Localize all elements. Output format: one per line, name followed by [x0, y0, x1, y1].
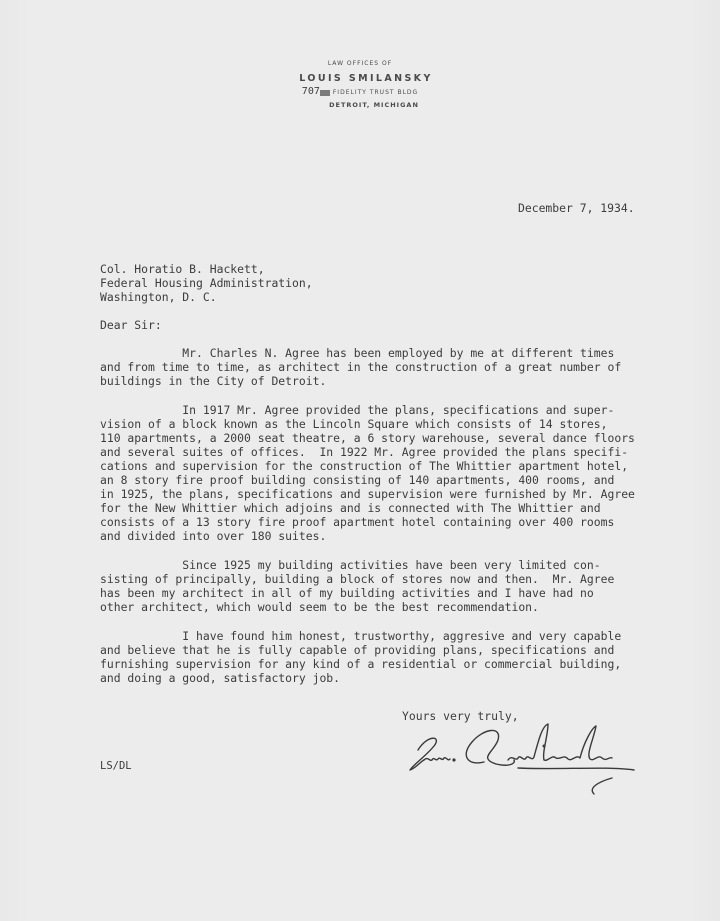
body-line: In 1917 Mr. Agree provided the plans, sp…: [100, 403, 635, 417]
letter-page: LAW OFFICES OF LOUIS SMILANSKY 707FIDELI…: [0, 0, 720, 921]
letterhead-city: DETROIT, MICHIGAN: [250, 101, 470, 109]
body-line: buildings in the City of Detroit.: [100, 374, 621, 388]
salutation: Dear Sir:: [100, 318, 162, 332]
body-line: and from time to time, as architect in t…: [100, 360, 621, 374]
letterhead-address: 707FIDELITY TRUST BLDG: [250, 88, 470, 101]
room-number: 707: [302, 86, 320, 97]
letterhead: LAW OFFICES OF LOUIS SMILANSKY 707FIDELI…: [250, 60, 470, 109]
body-line: vision of a block known as the Lincoln S…: [100, 417, 635, 431]
recipient-address: Col. Horatio B. Hackett,Federal Housing …: [100, 262, 313, 304]
body-line: Since 1925 my building activities have b…: [100, 558, 614, 572]
body-line: an 8 story fire proof building consistin…: [100, 473, 635, 487]
body-line: sisting of principally, building a block…: [100, 572, 614, 586]
letter-date: December 7, 1934.: [518, 201, 635, 215]
body-line: consists of a 13 story fire proof apartm…: [100, 515, 635, 529]
building-name: FIDELITY TRUST BLDG: [333, 89, 418, 96]
body-line: and believe that he is fully capable of …: [100, 643, 621, 657]
body-line: I have found him honest, trustworthy, ag…: [100, 629, 621, 643]
recipient-line: Col. Horatio B. Hackett,: [100, 262, 313, 276]
body-line: and divided into over 180 suites.: [100, 529, 635, 543]
paragraph-1: Mr. Charles N. Agree has been employed b…: [100, 346, 621, 388]
crossed-out-number: [320, 90, 330, 96]
body-line: and doing a good, satisfactory job.: [100, 671, 621, 685]
typist-initials: LS/DL: [100, 759, 132, 773]
body-line: 110 apartments, a 2000 seat theatre, a 6…: [100, 431, 635, 445]
recipient-line: Washington, D. C.: [100, 290, 313, 304]
body-line: has been my architect in all of my build…: [100, 586, 614, 600]
body-line: furnishing supervision for any kind of a…: [100, 657, 621, 671]
body-line: for the New Whittier which adjoins and i…: [100, 501, 635, 515]
body-line: Mr. Charles N. Agree has been employed b…: [100, 346, 621, 360]
paragraph-2: In 1917 Mr. Agree provided the plans, sp…: [100, 403, 635, 543]
letterhead-name: LOUIS SMILANSKY: [250, 73, 470, 88]
paragraph-3: Since 1925 my building activities have b…: [100, 558, 614, 614]
body-line: cations and supervision for the construc…: [100, 459, 635, 473]
signature-icon: [398, 712, 658, 802]
body-line: in 1925, the plans, specifications and s…: [100, 487, 635, 501]
paragraph-4: I have found him honest, trustworthy, ag…: [100, 629, 621, 685]
body-line: other architect, which would seem to be …: [100, 600, 614, 614]
letterhead-prefix: LAW OFFICES OF: [250, 60, 470, 73]
body-line: and several suites of offices. In 1922 M…: [100, 445, 635, 459]
recipient-line: Federal Housing Administration,: [100, 276, 313, 290]
